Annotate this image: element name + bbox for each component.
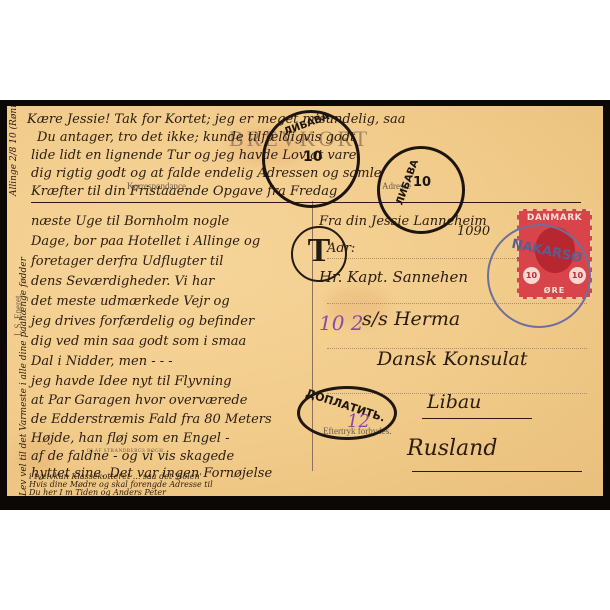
t-letter: T — [293, 232, 345, 270]
message-line: Dal i Nidder, men - - - — [31, 354, 173, 369]
cancel-town: NAKARSØ — [510, 237, 583, 267]
city: Libau — [427, 391, 481, 413]
message-line: at Par Garagen hvor overværede — [31, 393, 247, 408]
ship-name: s/s Herma — [362, 308, 460, 330]
message-line: Du her I m Tiden og Anders Peter — [29, 488, 166, 496]
due-stamp-text: ДОПЛАТИТЬ. — [304, 387, 387, 425]
due-amount: 12 — [347, 411, 370, 432]
postmark-date: 10 — [413, 175, 431, 190]
message-line: dens Seværdigheder. Vi har — [31, 274, 214, 289]
message-line: det meste udmærkede Vejr og — [31, 294, 230, 309]
underline — [422, 418, 532, 419]
postcard: BREVKORT Korrespondance. Adresse Eftertr… — [7, 106, 603, 496]
number-note: 1090 — [457, 224, 490, 239]
russian-transit-postmark-2: ЛИБАВА 10 — [377, 146, 465, 234]
side-note-vertical: Lev vel til det Varmeste i alle dine paa… — [19, 257, 29, 496]
message-line: de Edderstræmis Fald fra 80 Meters — [31, 412, 272, 427]
message-line: jeg drives forfærdelig og befinder — [31, 314, 254, 329]
message-line: Dage, bor paa Hotellet i Allinge og — [31, 234, 260, 249]
message-line: Kære Jessie! Tak for Kortet; jeg er mege… — [27, 112, 406, 127]
consulate: Dansk Konsulat — [377, 348, 528, 370]
message-line: næste Uge til Bornholm nogle — [31, 214, 229, 229]
message-line: dig ved min saa godt som i smaa — [31, 334, 246, 349]
message-line: Højde, han fløj som en Engel - — [31, 431, 229, 446]
violet-note: 10 2 — [319, 311, 364, 335]
country: Rusland — [407, 436, 497, 461]
russian-transit-postmark-1: ЛИБАВА 10 — [262, 110, 360, 208]
danish-cancel-postmark: NAKARSØ — [487, 224, 591, 328]
underline — [412, 471, 582, 472]
stamp-country: DANMARK — [519, 213, 590, 223]
postage-due-t-mark: T — [291, 226, 347, 282]
side-note-date: Allinge 2/8 10 (Rønne) — [9, 106, 19, 196]
postmark-date: 10 — [303, 149, 322, 165]
message-line: foretager derfra Udflugter til — [31, 254, 223, 269]
message-line: af de faldne - og vi vis skagede — [31, 449, 234, 464]
message-line: jeg havde Idee nyt til Flyvning — [31, 374, 232, 389]
postmark-text: ЛИБАВА — [283, 111, 331, 138]
